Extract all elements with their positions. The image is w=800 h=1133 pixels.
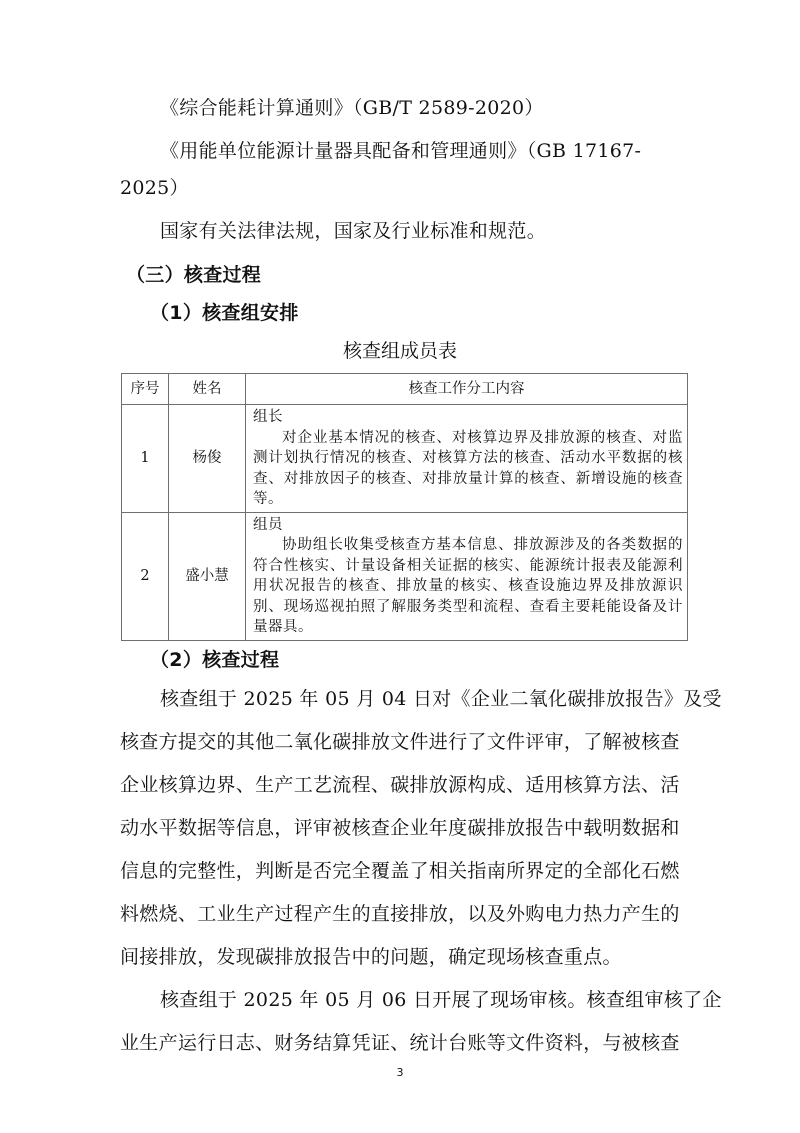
reference-laws: 国家有关法律法规，国家及行业标准和规范。 xyxy=(160,219,546,243)
row-duty: 对企业基本情况的核查、对核算边界及排放源的核查、对监测计划执行情况的核查、对核算… xyxy=(253,428,683,510)
paragraph-line: 企业核算边界、生产工艺流程、碳排放源构成、适用核算方法、活 xyxy=(120,773,680,797)
header-name: 姓名 xyxy=(169,374,246,405)
row-role: 组长 xyxy=(253,407,683,428)
page-number: 3 xyxy=(0,1066,800,1079)
paragraph-line: 间接排放，发现碳排放报告中的问题，确定现场核查重点。 xyxy=(120,945,622,969)
header-duty: 核查工作分工内容 xyxy=(246,374,688,405)
reference-gb17167-cont: 2025） xyxy=(120,176,189,200)
table-caption: 核查组成员表 xyxy=(0,336,800,363)
paragraph-line: 核查组于 2025 年 05 月 04 日对《企业二氧化碳排放报告》及受 xyxy=(160,687,722,711)
table-header-row: 序号 姓名 核查工作分工内容 xyxy=(122,374,688,405)
paragraph-line: 信息的完整性，判断是否完全覆盖了相关指南所界定的全部化石燃 xyxy=(120,859,680,883)
section-heading: （三）核查过程 xyxy=(126,263,261,287)
table-row: 2 盛小慧 组员 协助组长收集受核查方基本信息、排放源涉及的各类数据的符合性核实… xyxy=(122,512,688,640)
row-duty: 协助组长收集受核查方基本信息、排放源涉及的各类数据的符合性核实、计量设备相关证据… xyxy=(253,535,683,638)
row-index: 2 xyxy=(122,512,169,640)
subsection-heading-team: （1）核查组安排 xyxy=(150,301,299,325)
table-row: 1 杨俊 组长 对企业基本情况的核查、对核算边界及排放源的核查、对监测计划执行情… xyxy=(122,405,688,513)
team-members-table: 序号 姓名 核查工作分工内容 1 杨俊 组长 对企业基本情况的核查、对核算边界及… xyxy=(121,373,688,641)
paragraph-line: 核查组于 2025 年 05 月 06 日开展了现场审核。核查组审核了企 xyxy=(160,988,722,1012)
header-index: 序号 xyxy=(122,374,169,405)
paragraph-line: 料燃烧、工业生产过程产生的直接排放，以及外购电力热力产生的 xyxy=(120,902,680,926)
reference-gbt2589: 《综合能耗计算通则》（GB/T 2589-2020） xyxy=(160,96,544,120)
paragraph-line: 核查方提交的其他二氧化碳排放文件进行了文件评审，了解被核查 xyxy=(120,730,680,754)
paragraph-line: 业生产运行日志、财务结算凭证、统计台账等文件资料，与被核查 xyxy=(120,1031,680,1055)
paragraph-line: 动水平数据等信息，评审被核查企业年度碳排放报告中载明数据和 xyxy=(120,816,680,840)
row-name: 盛小慧 xyxy=(169,512,246,640)
reference-gb17167: 《用能单位能源计量器具配备和管理通则》（GB 17167- xyxy=(160,139,641,163)
row-duty-cell: 组长 对企业基本情况的核查、对核算边界及排放源的核查、对监测计划执行情况的核查、… xyxy=(246,405,688,513)
row-name: 杨俊 xyxy=(169,405,246,513)
subsection-heading-process: （2）核查过程 xyxy=(150,648,279,672)
row-role: 组员 xyxy=(253,515,683,536)
row-duty-cell: 组员 协助组长收集受核查方基本信息、排放源涉及的各类数据的符合性核实、计量设备相… xyxy=(246,512,688,640)
row-index: 1 xyxy=(122,405,169,513)
